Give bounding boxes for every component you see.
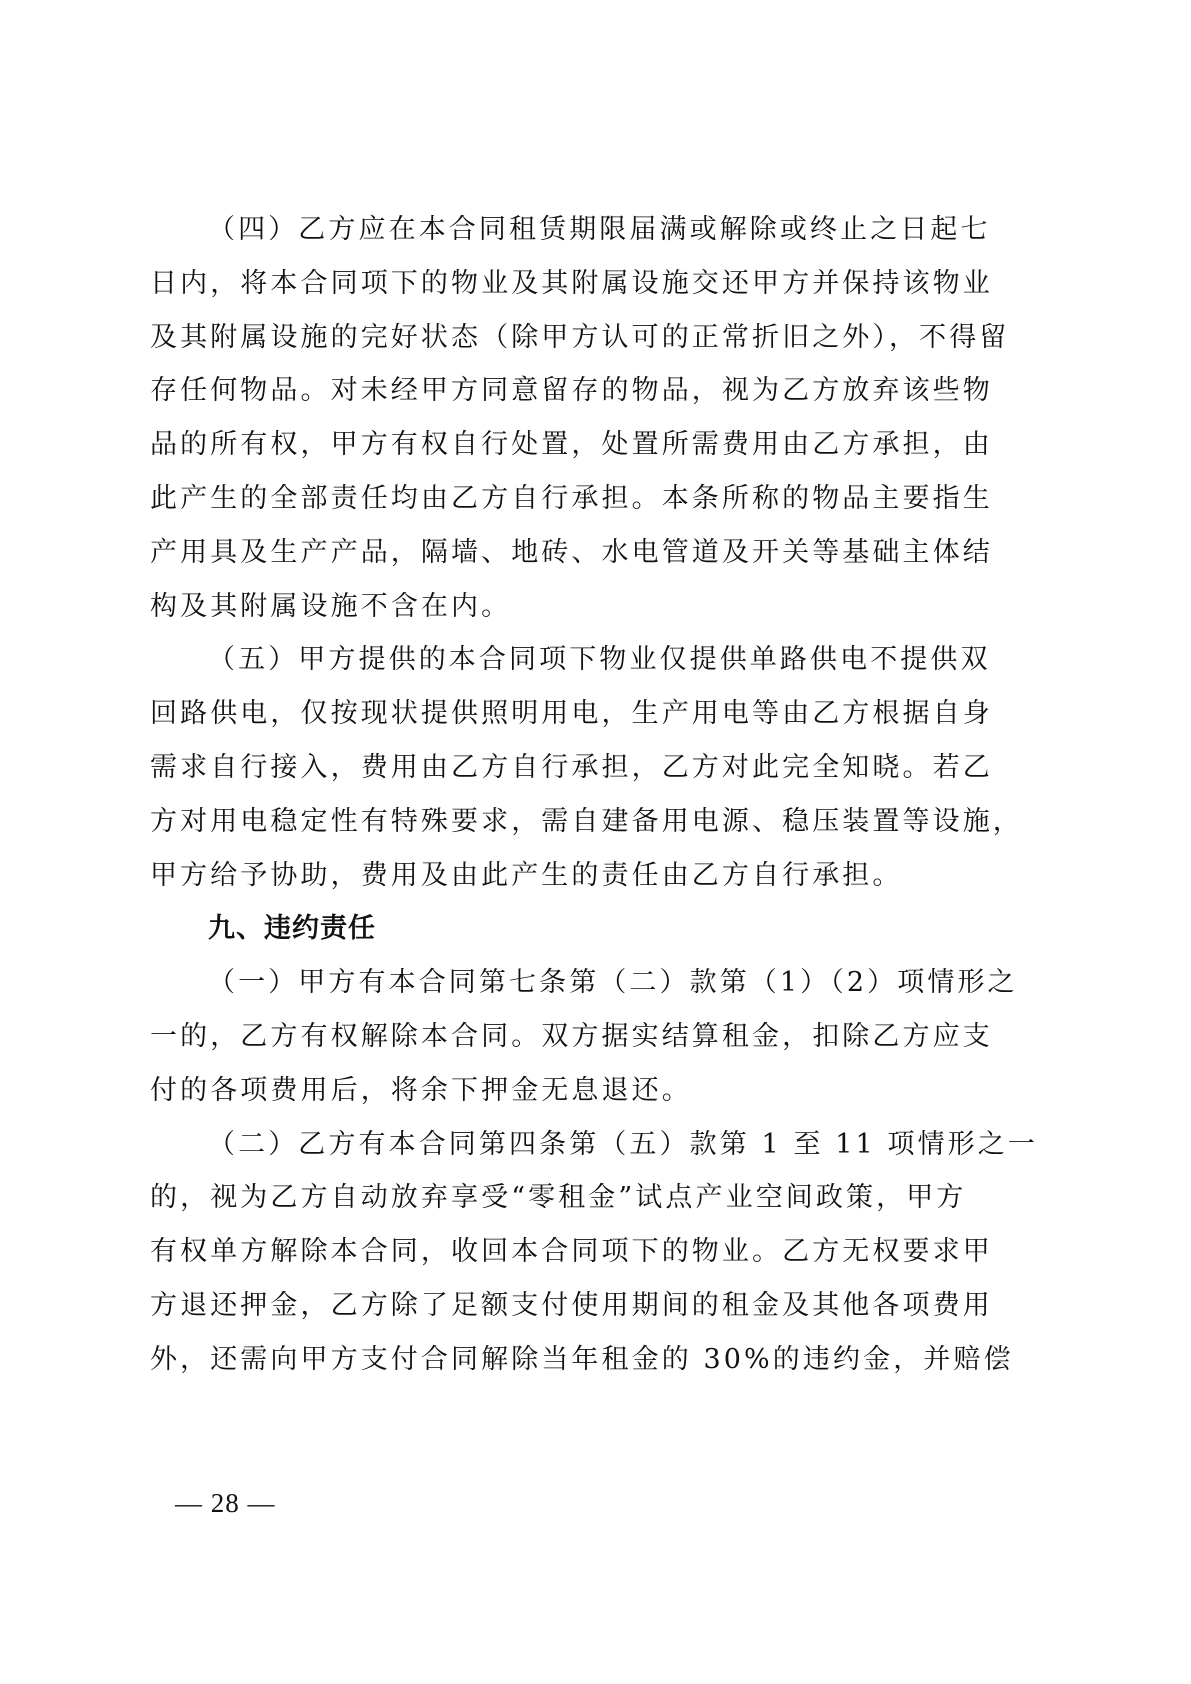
text-line: 外，还需向甲方支付合同解除当年租金的 30%的违约金，并赔偿 [150,1333,972,1387]
paragraph-clause-8-4: （四）乙方应在本合同租赁期限届满或解除或终止之日起七 日内，将本合同项下的物业及… [150,203,972,633]
text-line: （四）乙方应在本合同租赁期限届满或解除或终止之日起七 [150,203,972,257]
text-line: 的，视为乙方自动放弃享受“零租金”试点产业空间政策，甲方 [150,1171,972,1225]
text-line: 需求自行接入，费用由乙方自行承担，乙方对此完全知晓。若乙 [150,741,972,795]
paragraph-clause-8-5: （五）甲方提供的本合同项下物业仅提供单路供电不提供双 回路供电，仅按现状提供照明… [150,633,972,902]
text-line: 有权单方解除本合同，收回本合同项下的物业。乙方无权要求甲 [150,1225,972,1279]
text-line: 及其附属设施的完好状态（除甲方认可的正常折旧之外），不得留 [150,311,972,365]
text-line: （五）甲方提供的本合同项下物业仅提供单路供电不提供双 [150,633,972,687]
text-line: 付的各项费用后，将余下押金无息退还。 [150,1064,972,1118]
paragraph-clause-9-1: （一）甲方有本合同第七条第（二）款第（1）（2）项情形之 一的，乙方有权解除本合… [150,956,972,1117]
page-number: — 28 — [175,1488,276,1519]
section-heading: 九、违约责任 [150,902,972,956]
text-line: 回路供电，仅按现状提供照明用电，生产用电等由乙方根据自身 [150,687,972,741]
text-line: 方对用电稳定性有特殊要求，需自建备用电源、稳压装置等设施， [150,795,972,849]
text-line: 品的所有权，甲方有权自行处置，处置所需费用由乙方承担，由 [150,418,972,472]
text-line: （一）甲方有本合同第七条第（二）款第（1）（2）项情形之 [150,956,972,1010]
text-line: 一的，乙方有权解除本合同。双方据实结算租金，扣除乙方应支 [150,1010,972,1064]
text-line: 方退还押金，乙方除了足额支付使用期间的租金及其他各项费用 [150,1279,972,1333]
text-line: 构及其附属设施不含在内。 [150,580,972,634]
document-page: （四）乙方应在本合同租赁期限届满或解除或终止之日起七 日内，将本合同项下的物业及… [150,203,972,1387]
text-line: 产用具及生产产品，隔墙、地砖、水电管道及开关等基础主体结 [150,526,972,580]
paragraph-clause-9-2: （二）乙方有本合同第四条第（五）款第 1 至 11 项情形之一 的，视为乙方自动… [150,1118,972,1387]
text-line: 日内，将本合同项下的物业及其附属设施交还甲方并保持该物业 [150,257,972,311]
text-line: 甲方给予协助，费用及由此产生的责任由乙方自行承担。 [150,849,972,903]
text-line: 存任何物品。对未经甲方同意留存的物品，视为乙方放弃该些物 [150,364,972,418]
text-line: （二）乙方有本合同第四条第（五）款第 1 至 11 项情形之一 [150,1118,972,1172]
text-line: 此产生的全部责任均由乙方自行承担。本条所称的物品主要指生 [150,472,972,526]
